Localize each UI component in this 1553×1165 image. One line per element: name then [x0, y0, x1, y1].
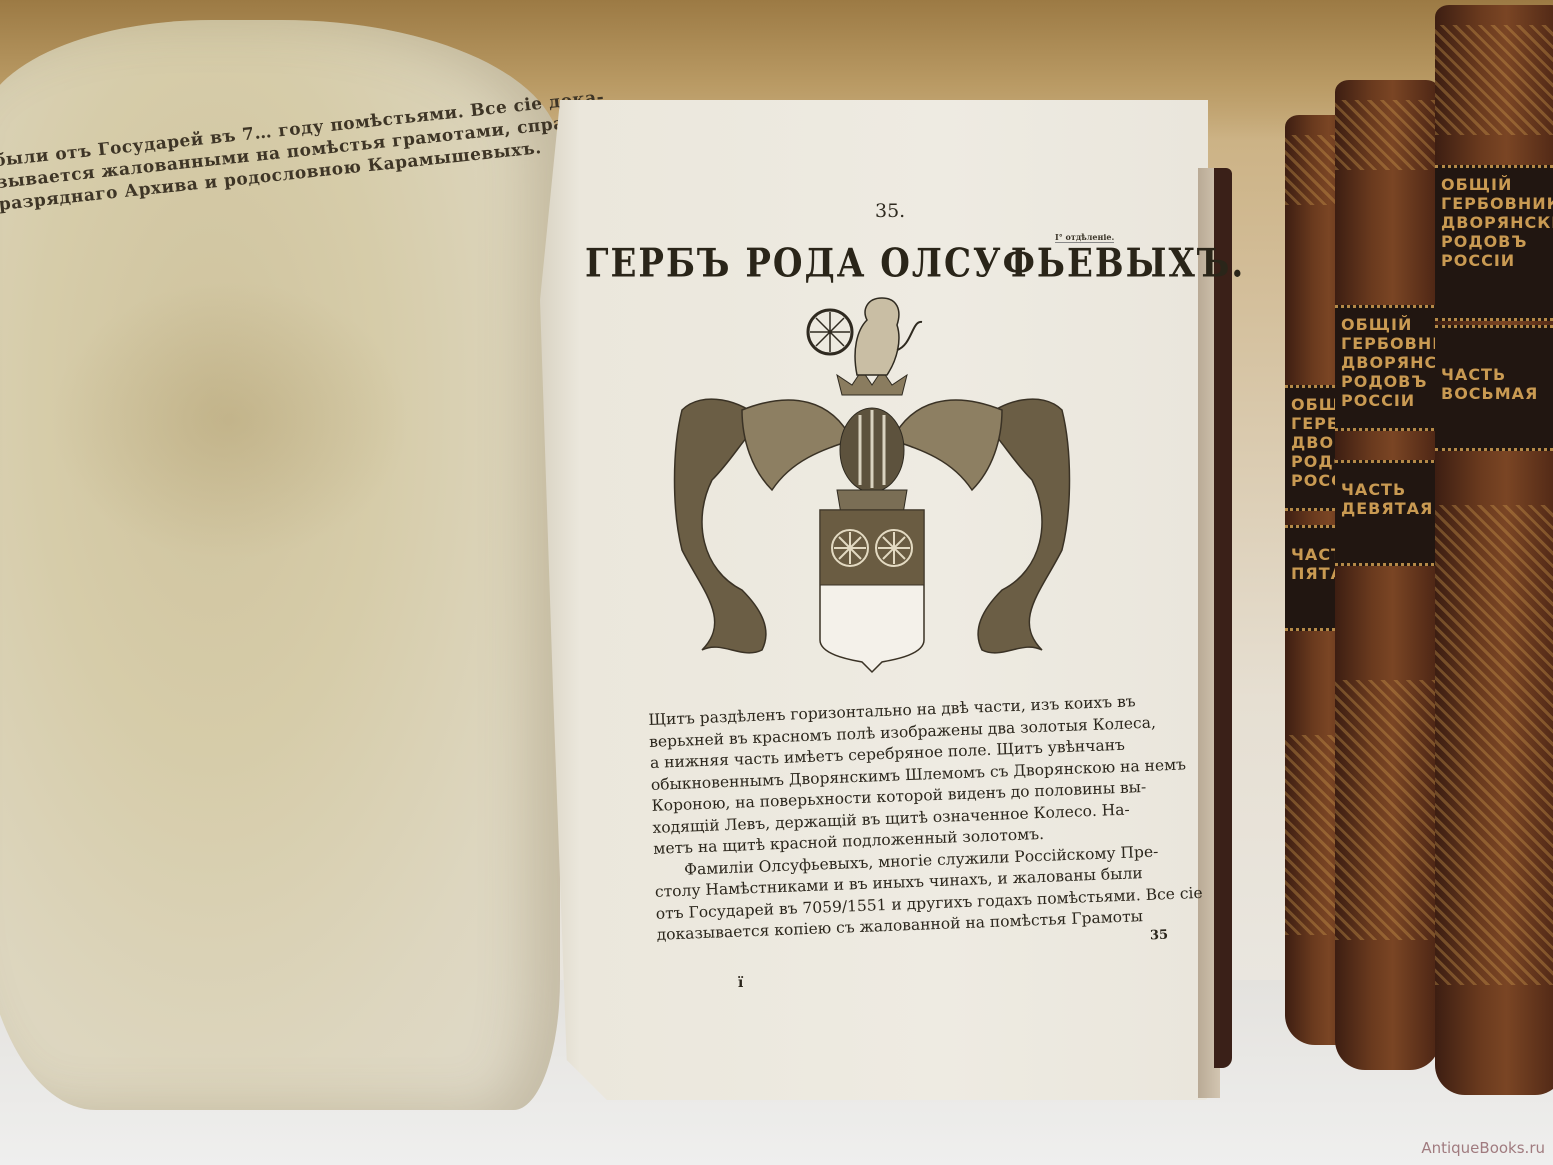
- spine-text: РОДОВЪ: [1441, 232, 1553, 251]
- book-cover-edge: [1214, 168, 1232, 1068]
- spine-text: ГЕРБОВНИКЪ: [1341, 334, 1440, 353]
- spine-text: ДВОРЯНСКИХЪ: [1441, 213, 1553, 232]
- spine-text: ВОСЬМАЯ: [1441, 384, 1553, 403]
- spine-text: ЧАСТЬ: [1341, 480, 1440, 499]
- spine-text: ГЕРБОВНИКЪ: [1441, 194, 1553, 213]
- spine-text: РОДОВЪ: [1341, 372, 1440, 391]
- coat-of-arms-illustration: [672, 290, 1072, 680]
- page-stain: [50, 280, 410, 560]
- signature-mark: ї: [738, 975, 743, 991]
- spine-text: РОССІИ: [1441, 251, 1553, 270]
- helmet-icon: [837, 408, 907, 520]
- lion-crest-icon: [808, 298, 922, 375]
- book-spine-volume-9: ОБЩІЙ ГЕРБОВНИКЪ ДВОРЯНСКИХЪ РОДОВЪ РОСС…: [1335, 80, 1440, 1070]
- spine-text: ДЕВЯТАЯ: [1341, 499, 1440, 518]
- spine-text: ДВОРЯНСКИХЪ: [1341, 353, 1440, 372]
- catchword-page-number: 35: [1150, 928, 1169, 944]
- coat-description-text: Щитъ раздѣленъ горизонтально на двѣ част…: [648, 689, 1217, 947]
- watermark: AntiqueBooks.ru: [1421, 1139, 1545, 1157]
- spine-text: ОБЩІЙ: [1441, 175, 1553, 194]
- book-spine-volume-8: ОБЩІЙ ГЕРБОВНИКЪ ДВОРЯНСКИХЪ РОДОВЪ РОСС…: [1435, 5, 1553, 1095]
- page-title: ГЕРБЪ РОДА ОЛСУФЬЕВЫХЪ.: [585, 241, 1245, 287]
- shield-icon: [820, 510, 924, 672]
- spine-text: ОБЩІЙ: [1341, 315, 1440, 334]
- gilt-ornament: [1335, 100, 1440, 170]
- gilt-ornament: [1435, 505, 1553, 985]
- gilt-ornament: [1335, 680, 1440, 940]
- wheel-icon: [876, 530, 912, 566]
- page-number: 35.: [875, 200, 905, 222]
- gilt-ornament: [1435, 25, 1553, 135]
- wheel-icon: [832, 530, 868, 566]
- spine-text: РОССІИ: [1341, 391, 1440, 410]
- spine-text: ЧАСТЬ: [1441, 365, 1553, 384]
